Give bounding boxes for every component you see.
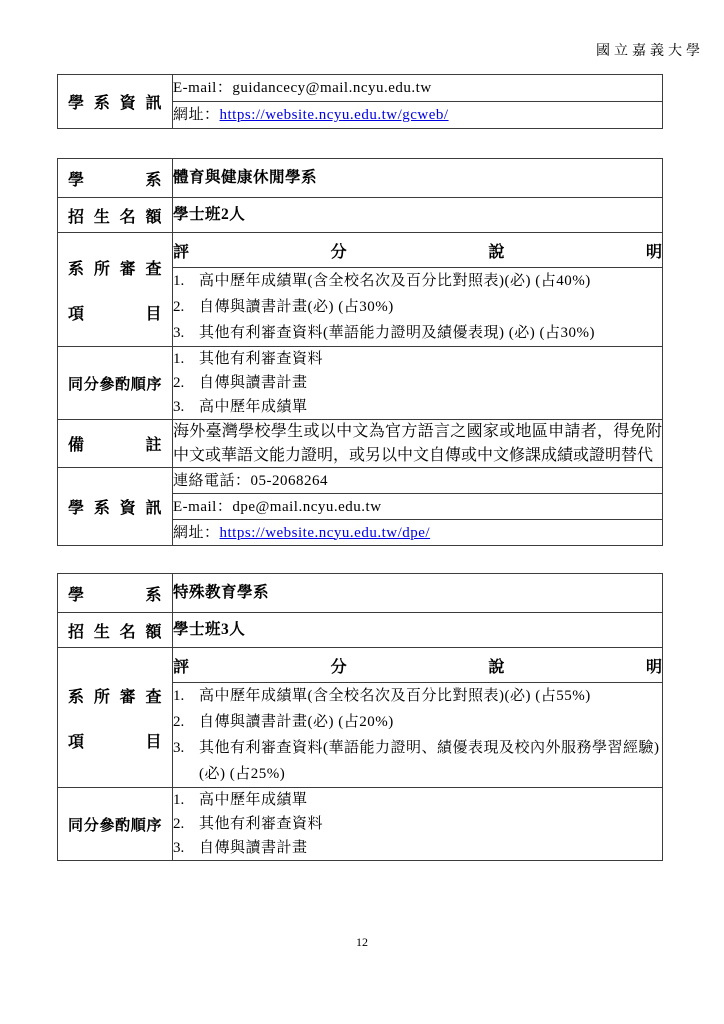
review-header-row: 系所審查 項目 評分說明	[58, 648, 663, 683]
tiebreak-items: 1.其他有利審查資料 2.自傳與讀書計畫 3.高中歷年成績單	[173, 347, 663, 420]
item-number: 1.	[173, 268, 199, 294]
dept-name: 體育與健康休閒學系	[173, 159, 663, 198]
document-page: 國立嘉義大學 學系資訊 E-mail：guidancecy@mail.ncyu.…	[0, 0, 724, 1024]
review-items: 1.高中歷年成績單(含全校名次及百分比對照表)(必) (占40%) 2.自傳與讀…	[173, 268, 663, 347]
org-header: 國立嘉義大學	[596, 40, 704, 60]
email-label: E-mail：	[173, 80, 232, 96]
review-label-line2: 項目	[68, 729, 162, 752]
table-row: 學系資訊 E-mail：guidancecy@mail.ncyu.edu.tw	[58, 75, 663, 102]
website-link-gcweb[interactable]: https://website.ncyu.edu.tw/gcweb/	[220, 107, 449, 123]
website-label: 網址：	[173, 107, 220, 123]
quota-row: 招生名額 學士班3人	[58, 613, 663, 648]
info-label: 學系資訊	[58, 495, 172, 518]
item-number: 1.	[173, 788, 199, 812]
dept-table-special-ed: 學系 特殊教育學系 招生名額 學士班3人 系所審查 項目 評分說明	[57, 573, 663, 861]
item-text: 自傳與讀書計畫(必) (占30%)	[199, 294, 662, 320]
score-header: 評分說明	[173, 239, 662, 262]
item-number: 3.	[173, 395, 199, 419]
review-label-line1: 系所審查	[68, 684, 162, 707]
phone-value: 05-2068264	[251, 473, 329, 489]
remark-text: 海外臺灣學校學生或以中文為官方語言之國家或地區申請者，得免附中文或華語文能力證明…	[173, 420, 663, 468]
phone-cell: 連絡電話：05-2068264	[173, 468, 663, 494]
remark-label: 備註	[58, 432, 172, 455]
dept-label: 學系	[58, 167, 172, 190]
page-number: 12	[0, 935, 724, 950]
item-text: 自傳與讀書計畫	[199, 371, 662, 395]
review-label: 系所審查 項目	[58, 256, 172, 324]
quota-label: 招生名額	[58, 619, 172, 642]
review-items: 1.高中歷年成績單(含全校名次及百分比對照表)(必) (占55%) 2.自傳與讀…	[173, 683, 663, 788]
item-text: 其他有利審查資料	[199, 347, 662, 371]
list-item: 2.自傳與讀書計畫(必) (占20%)	[173, 709, 662, 735]
item-text: 其他有利審查資料(華語能力證明、績優表現及校內外服務學習經驗) (必) (占25…	[199, 735, 662, 787]
email-value: dpe@mail.ncyu.edu.tw	[232, 499, 381, 515]
item-text: 高中歷年成績單(含全校名次及百分比對照表)(必) (占40%)	[199, 268, 662, 294]
list-item: 3.其他有利審查資料(華語能力證明及績優表現) (必) (占30%)	[173, 320, 662, 346]
tiebreak-label-cell: 同分參酌順序	[58, 788, 173, 861]
dept-info-label: 學系資訊	[58, 90, 172, 113]
page-content: 學系資訊 E-mail：guidancecy@mail.ncyu.edu.tw …	[57, 74, 663, 861]
tiebreak-label-cell: 同分參酌順序	[58, 347, 173, 420]
phone-label: 連絡電話：	[173, 473, 251, 489]
review-header-row: 系所審查 項目 評分說明	[58, 233, 663, 268]
score-header-cell: 評分說明	[173, 233, 663, 268]
item-text: 高中歷年成績單	[199, 395, 662, 419]
review-label-line2: 項目	[68, 301, 162, 324]
score-header-cell: 評分說明	[173, 648, 663, 683]
tiebreak-row: 同分參酌順序 1.高中歷年成績單 2.其他有利審查資料 3.自傳與讀書計畫	[58, 788, 663, 861]
email-label: E-mail：	[173, 499, 232, 515]
list-item: 2.自傳與讀書計畫	[173, 371, 662, 395]
quota-value: 學士班3人	[173, 613, 663, 648]
review-label-cell: 系所審查 項目	[58, 233, 173, 347]
quota-label-cell: 招生名額	[58, 198, 173, 233]
table-gap	[57, 546, 663, 573]
quota-value: 學士班2人	[173, 198, 663, 233]
info-phone-row: 學系資訊 連絡電話：05-2068264	[58, 468, 663, 494]
item-text: 自傳與讀書計畫	[199, 836, 662, 860]
remark-row: 備註 海外臺灣學校學生或以中文為官方語言之國家或地區申請者，得免附中文或華語文能…	[58, 420, 663, 468]
review-label-cell: 系所審查 項目	[58, 648, 173, 788]
tiebreak-row: 同分參酌順序 1.其他有利審查資料 2.自傳與讀書計畫 3.高中歷年成績單	[58, 347, 663, 420]
quota-label-cell: 招生名額	[58, 613, 173, 648]
item-text: 高中歷年成績單(含全校名次及百分比對照表)(必) (占55%)	[199, 683, 662, 709]
list-item: 2.其他有利審查資料	[173, 812, 662, 836]
email-value: guidancecy@mail.ncyu.edu.tw	[232, 80, 431, 96]
score-header: 評分說明	[173, 654, 662, 677]
dept-name: 特殊教育學系	[173, 574, 663, 613]
website-cell: 網址：https://website.ncyu.edu.tw/dpe/	[173, 520, 663, 546]
info-label-cell: 學系資訊	[58, 468, 173, 546]
dept-table-phys-ed: 學系 體育與健康休閒學系 招生名額 學士班2人 系所審查 項目 評分說明	[57, 158, 663, 546]
website-cell: 網址：https://website.ncyu.edu.tw/gcweb/	[173, 102, 663, 129]
website-link-dpe[interactable]: https://website.ncyu.edu.tw/dpe/	[220, 525, 431, 541]
dept-info-label-cell: 學系資訊	[58, 75, 173, 129]
item-text: 高中歷年成績單	[199, 788, 662, 812]
quota-label: 招生名額	[58, 204, 172, 227]
item-text: 自傳與讀書計畫(必) (占20%)	[199, 709, 662, 735]
item-number: 3.	[173, 320, 199, 346]
item-text: 其他有利審查資料(華語能力證明及績優表現) (必) (占30%)	[199, 320, 662, 346]
item-number: 2.	[173, 294, 199, 320]
list-item: 3.其他有利審查資料(華語能力證明、績優表現及校內外服務學習經驗) (必) (占…	[173, 735, 662, 787]
item-number: 2.	[173, 371, 199, 395]
dept-row: 學系 特殊教育學系	[58, 574, 663, 613]
list-item: 1.高中歷年成績單(含全校名次及百分比對照表)(必) (占40%)	[173, 268, 662, 294]
website-label: 網址：	[173, 525, 220, 541]
dept-label-cell: 學系	[58, 574, 173, 613]
list-item: 3.自傳與讀書計畫	[173, 836, 662, 860]
list-item: 1.高中歷年成績單(含全校名次及百分比對照表)(必) (占55%)	[173, 683, 662, 709]
contact-info-table: 學系資訊 E-mail：guidancecy@mail.ncyu.edu.tw …	[57, 74, 663, 129]
review-label: 系所審查 項目	[58, 684, 172, 752]
item-number: 3.	[173, 735, 199, 787]
email-cell: E-mail：dpe@mail.ncyu.edu.tw	[173, 494, 663, 520]
review-label-line1: 系所審查	[68, 256, 162, 279]
item-number: 2.	[173, 812, 199, 836]
list-item: 1.高中歷年成績單	[173, 788, 662, 812]
item-number: 3.	[173, 836, 199, 860]
tiebreak-label: 同分參酌順序	[58, 373, 172, 394]
tiebreak-items: 1.高中歷年成績單 2.其他有利審查資料 3.自傳與讀書計畫	[173, 788, 663, 861]
dept-row: 學系 體育與健康休閒學系	[58, 159, 663, 198]
dept-label: 學系	[58, 582, 172, 605]
table-gap	[57, 129, 663, 158]
list-item: 1.其他有利審查資料	[173, 347, 662, 371]
tiebreak-label: 同分參酌順序	[58, 814, 172, 835]
item-number: 1.	[173, 683, 199, 709]
list-item: 2.自傳與讀書計畫(必) (占30%)	[173, 294, 662, 320]
list-item: 3.高中歷年成績單	[173, 395, 662, 419]
email-cell: E-mail：guidancecy@mail.ncyu.edu.tw	[173, 75, 663, 102]
item-text: 其他有利審查資料	[199, 812, 662, 836]
item-number: 1.	[173, 347, 199, 371]
remark-label-cell: 備註	[58, 420, 173, 468]
quota-row: 招生名額 學士班2人	[58, 198, 663, 233]
dept-label-cell: 學系	[58, 159, 173, 198]
item-number: 2.	[173, 709, 199, 735]
